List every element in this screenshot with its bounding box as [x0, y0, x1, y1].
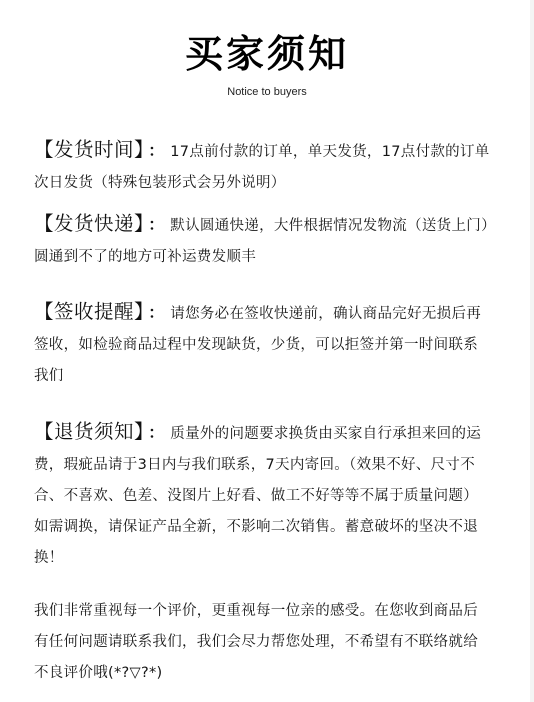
section-body-line: 签收，如检验商品过程中发现缺货，少货，可以拒签并第一时间联系: [34, 330, 510, 361]
closing-line: 我们非常重视每一个评价，更重视每一位亲的感受。在您收到商品后: [34, 596, 510, 627]
section-colon: ：: [148, 423, 164, 442]
page-subtitle: Notice to buyers: [0, 85, 534, 99]
section-body-line: 费，瑕疵品请于3日内与我们联系，7天内寄回。（效果不好、尺寸不: [34, 450, 510, 481]
closing-line: 不良评价哦(*?▽?*): [34, 658, 510, 689]
closing-paragraph: 我们非常重视每一个评价，更重视每一位亲的感受。在您收到商品后 有任何问题请联系我…: [34, 596, 510, 689]
section-body-line: 我们: [34, 361, 510, 392]
section-body-line: 圆通到不了的地方可补运费发顺丰: [34, 242, 510, 273]
section-first-line: 【发货快递】：默认圆通快递，大件根据情况发物流（送货上门）: [34, 208, 510, 242]
closing-line: 有任何问题请联系我们，我们会尽力帮您处理，不希望有不联络就给: [34, 627, 510, 658]
page-title: 买家须知: [0, 30, 534, 78]
section-shipping-time: 【发货时间】：17点前付款的订单，单天发货，17点付款的订单 次日发货（特殊包装…: [34, 134, 510, 199]
section-first-line: 【签收提醒】：请您务必在签收快递前，确认商品完好无损后再: [34, 296, 510, 330]
section-text: 请您务必在签收快递前，确认商品完好无损后再: [170, 306, 481, 322]
section-shipping-courier: 【发货快递】：默认圆通快递，大件根据情况发物流（送货上门） 圆通到不了的地方可补…: [34, 208, 510, 273]
section-body-line: 次日发货（特殊包装形式会另外说明）: [34, 168, 510, 199]
section-colon: ：: [148, 141, 164, 160]
section-colon: ：: [148, 303, 164, 322]
section-text: 17点前付款的订单，单天发货，17点付款的订单: [170, 144, 489, 160]
section-text: 质量外的问题要求换货由买家自行承担来回的运: [170, 426, 481, 442]
section-colon: ：: [148, 215, 164, 234]
section-receipt-reminder: 【签收提醒】：请您务必在签收快递前，确认商品完好无损后再 签收，如检验商品过程中…: [34, 296, 510, 392]
section-heading: 【发货时间】: [34, 138, 144, 161]
section-heading: 【退货须知】: [34, 420, 144, 443]
section-return-policy: 【退货须知】：质量外的问题要求换货由买家自行承担来回的运 费，瑕疵品请于3日内与…: [34, 416, 510, 574]
section-first-line: 【退货须知】：质量外的问题要求换货由买家自行承担来回的运: [34, 416, 510, 450]
section-body-line: 合、不喜欢、色差、没图片上好看、做工不好等等不属于质量问题）: [34, 481, 510, 512]
section-text: 默认圆通快递，大件根据情况发物流（送货上门）: [170, 218, 496, 234]
section-first-line: 【发货时间】：17点前付款的订单，单天发货，17点付款的订单: [34, 134, 510, 168]
section-body-line: 如需调换，请保证产品全新，不影响二次销售。蓄意破坏的坚决不退: [34, 512, 510, 543]
section-body-line: 换！: [34, 543, 510, 574]
scrollbar-track[interactable]: [530, 0, 534, 702]
section-heading: 【发货快递】: [34, 212, 144, 235]
section-heading: 【签收提醒】: [34, 300, 144, 323]
